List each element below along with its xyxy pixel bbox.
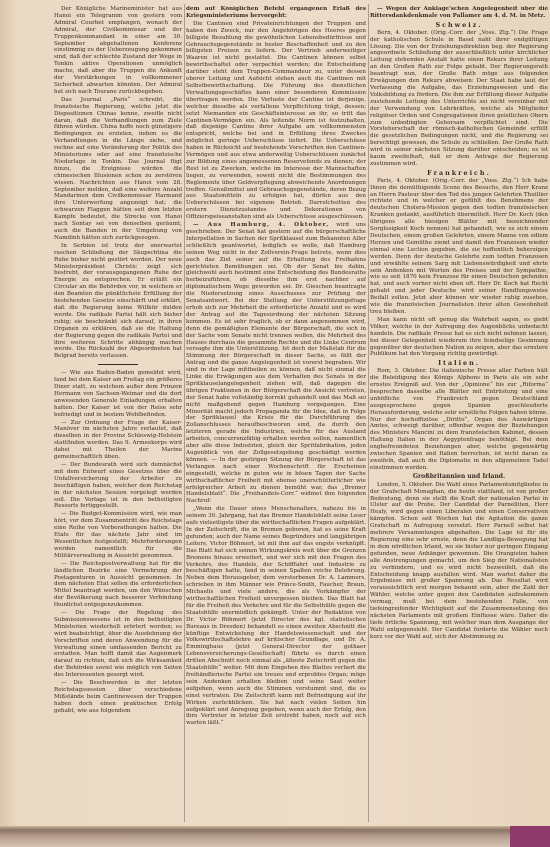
article-paragraph: — Zur Ordnung der Frage der Kaiser-Manöv… [54, 420, 182, 461]
article-paragraph: Paris, 4. Oktober. (Orig.-Corr. der „Vos… [370, 178, 548, 316]
dateline: — Aus Hamburg, 4. Oktober, [193, 222, 329, 228]
article-paragraph: Bern, 4. Oktober. (Orig.-Corr. der „Voss… [370, 30, 548, 168]
article-paragraph: Der Königliche Marineminister hat aus Ha… [54, 6, 182, 96]
article-paragraph: Das Journal „Paris“ schreibt, die franzö… [54, 97, 182, 242]
quote-paragraph: „Wenn die Dauer eines Menschenalters, na… [186, 506, 366, 727]
column-rule [184, 4, 185, 822]
article-paragraph: — Die Frage der Regelung des Submissions… [54, 610, 182, 679]
binding-tab [510, 826, 550, 847]
article-body: wird uns geschrieben: Der Senat hat gest… [186, 222, 366, 504]
section-heading-schweiz: Schweiz. [370, 22, 548, 29]
article-paragraph: — Der Bundesrath wird sich demnächst mit… [54, 462, 182, 510]
article-paragraph: Rom, 3. Oktober. Die italienische Presse… [370, 368, 548, 472]
section-heading-italien: Italien. [370, 360, 548, 367]
article-paragraph: Die Cantinen sind Privateinrichtungen de… [186, 21, 366, 221]
article-paragraph: London, 5. Oktober. Die Wahl eines Parla… [370, 482, 548, 641]
column-rule [368, 4, 369, 822]
article-paragraph: In Serbien ist trotz der unerwartet rasc… [54, 243, 182, 360]
article-paragraph: Man kann nicht oft genug die Wahrheit sa… [370, 317, 548, 358]
newspaper-page: Der Königliche Marineminister hat aus Ha… [0, 0, 550, 847]
section-separator [98, 364, 138, 365]
article-intro: — Wegen der Anklage'schen Angelegenheit … [370, 6, 548, 20]
section-heading-frankreich: Frankreich. [370, 170, 548, 177]
column-1: Der Königliche Marineminister hat aus Ha… [54, 6, 182, 826]
article-hamburg: — Aus Hamburg, 4. Oktober, wird uns gesc… [186, 222, 366, 505]
article-paragraph: — Die Budget-Kommission wird, wie man hö… [54, 511, 182, 559]
article-paragraph: — Wie aus Baden-Baden gemeldet wird, fan… [54, 370, 182, 418]
page-bottom-edge [0, 826, 550, 847]
column-2: dem auf Königlichen Befehl ergangenen Er… [186, 6, 366, 826]
section-heading-grossbritannien: Großbritannien und Irland. [370, 474, 548, 481]
article-paragraph: — Die Reichspostverwaltung hat für die l… [54, 561, 182, 609]
column-3: — Wegen der Anklage'schen Angelegenheit … [370, 6, 548, 806]
article-paragraph: dem auf Königlichen Befehl ergangenen Er… [186, 6, 366, 20]
article-paragraph: — Die Beschwerden in der letzten Reichst… [54, 680, 182, 715]
